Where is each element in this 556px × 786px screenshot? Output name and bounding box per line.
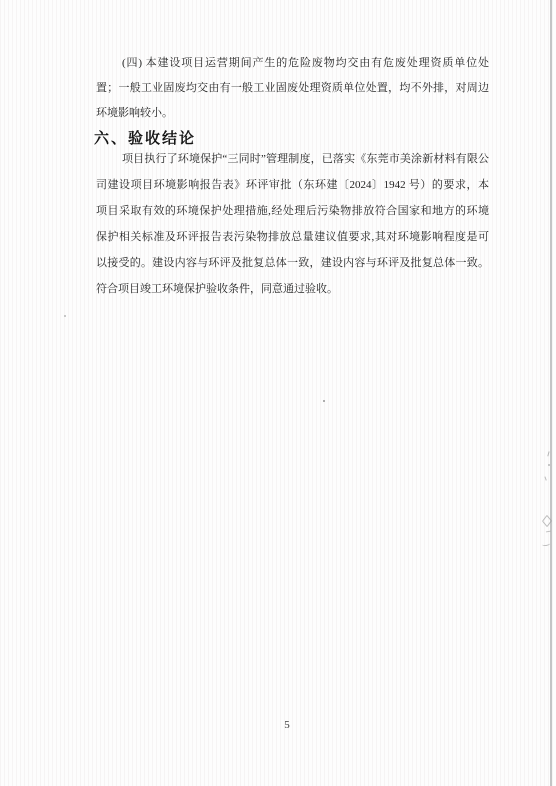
scan-artifact: [64, 315, 66, 317]
paragraph-line: 置；一般工业固废均交由有一般工业固废处理资质单位处置，均不外排，对周边: [96, 76, 489, 101]
paragraph-line: (四) 本建设项目运营期间产生的危险废物均交由有危废处理资质单位处: [96, 51, 489, 76]
scan-artifact: [323, 400, 325, 402]
scan-page-edge-shadow: [550, 0, 552, 786]
page-number: 5: [272, 719, 302, 731]
paragraph-line: 环境影响较小。: [96, 101, 489, 126]
scan-artifact: [544, 451, 549, 457]
paragraph-line: 项目执行了环境保护“三同时”管理制度，已落实《东莞市美涂新材料有限公: [96, 146, 489, 172]
paragraph-acceptance-conclusion: 项目执行了环境保护“三同时”管理制度，已落实《东莞市美涂新材料有限公 司建设项目…: [96, 146, 489, 302]
scan-artifact: [544, 475, 549, 480]
paragraph-line: 以接受的。建设内容与环评及批复总体一致，建设内容与环评及批复总体一致。: [96, 250, 489, 276]
paragraph-line: 项目采取有效的环境保护处理措施,经处理后污染物排放符合国家和地方的环境: [96, 198, 489, 224]
paragraph-line: 司建设项目环境影响报告表》环评审批（东环建〔2024〕1942 号）的要求，本: [96, 172, 489, 198]
paragraph-line: 保护相关标准及环评报告表污染物排放总量建议值要求,其对环境影响程度是可: [96, 224, 489, 250]
paragraph-line: 符合项目竣工环境保护验收条件，同意通过验收。: [96, 276, 489, 302]
scanned-document-page: (四) 本建设项目运营期间产生的危险废物均交由有危废处理资质单位处 置；一般工业…: [0, 0, 556, 786]
paragraph-hazardous-waste: (四) 本建设项目运营期间产生的危险废物均交由有危废处理资质单位处 置；一般工业…: [96, 51, 489, 126]
scan-artifact: [542, 541, 550, 546]
